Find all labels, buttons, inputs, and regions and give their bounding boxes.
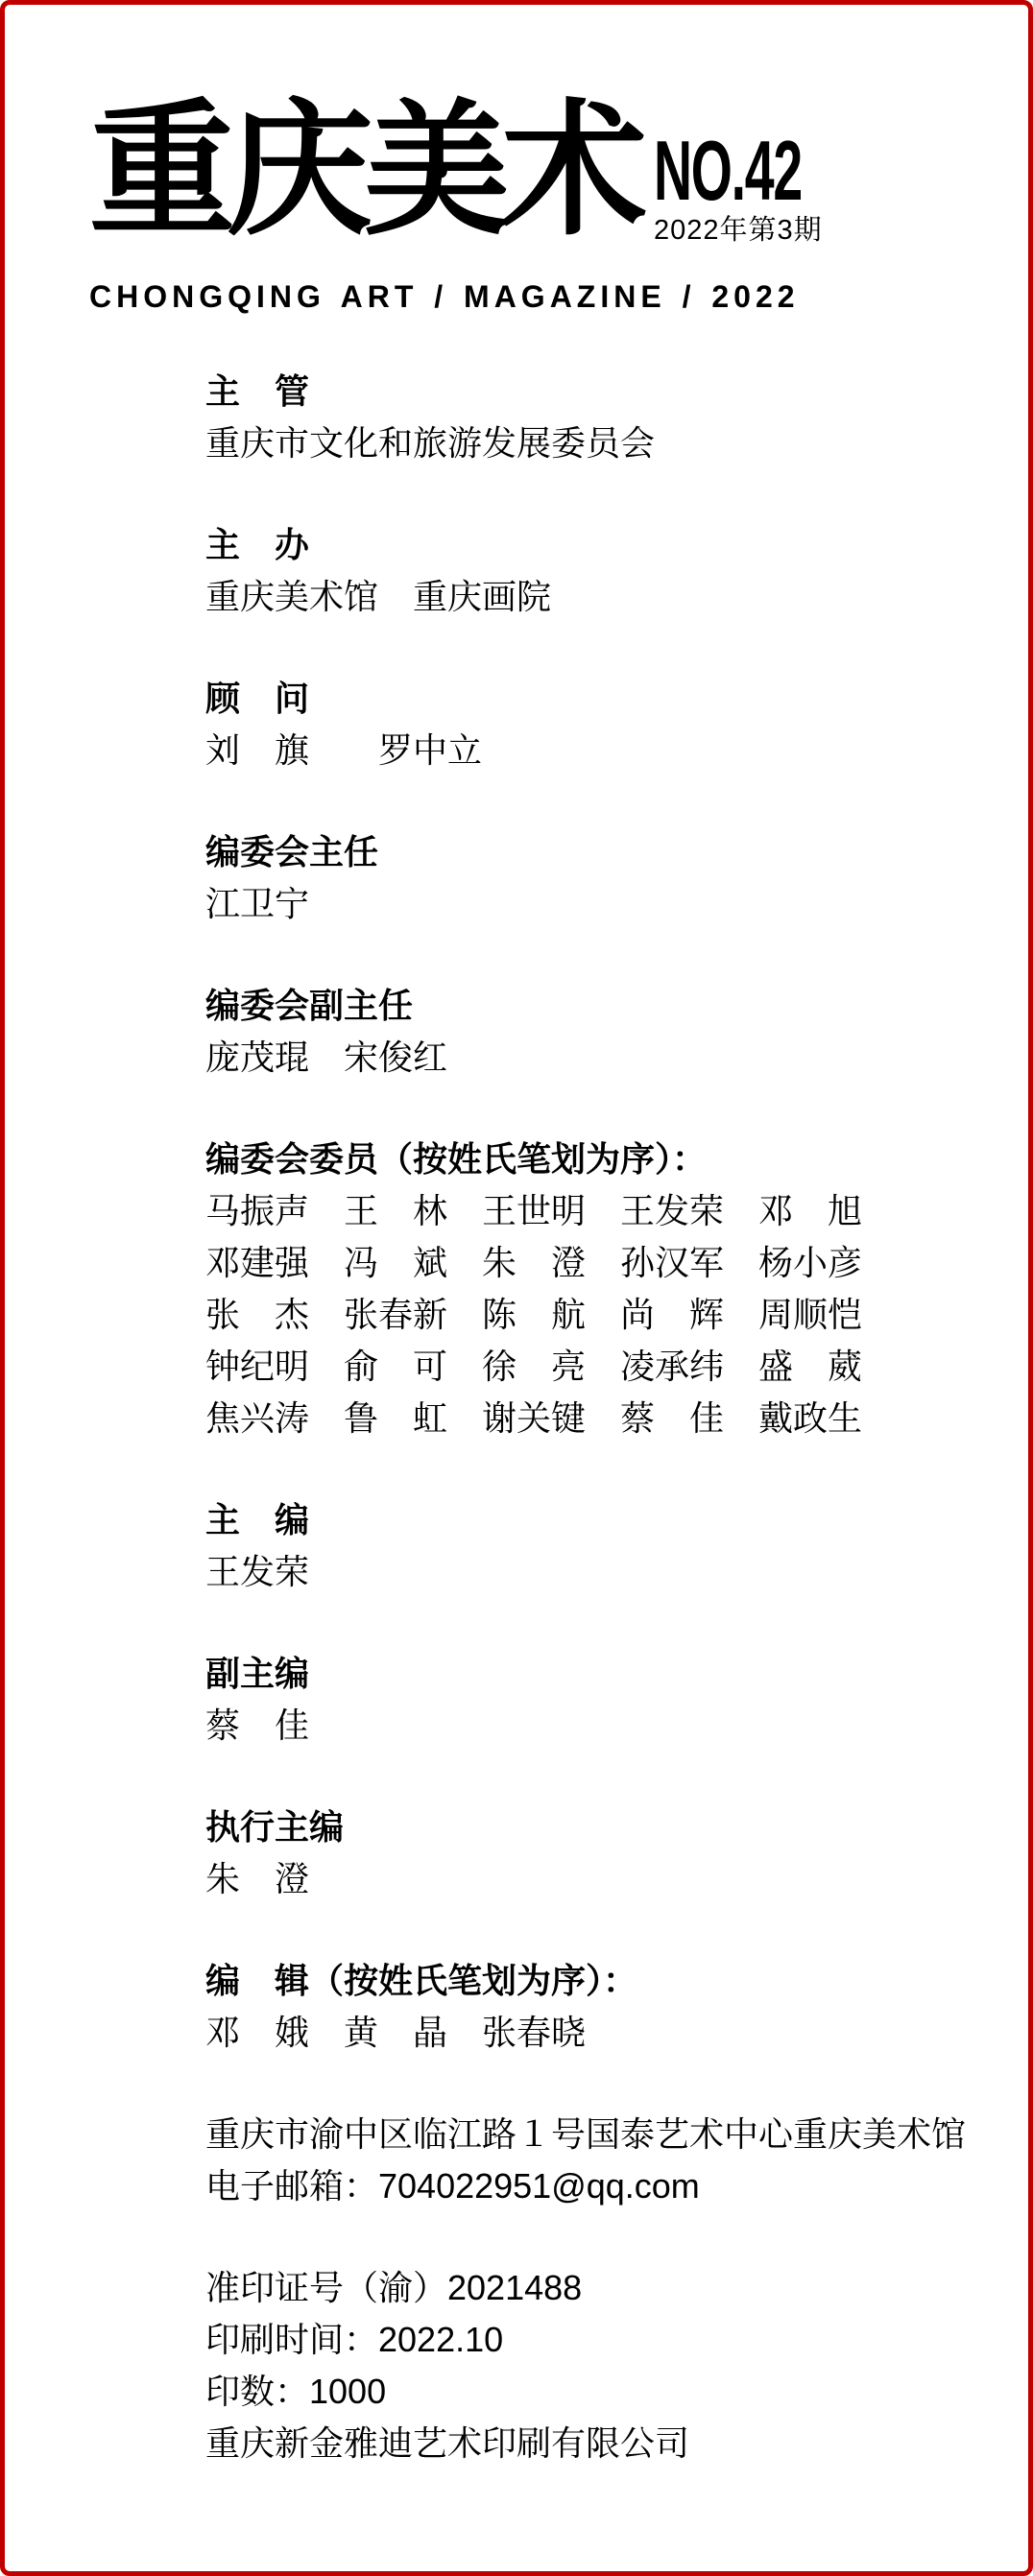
section-label: 顾 问 (205, 673, 1028, 725)
permit-number-line: 准印证号（渝）2021488 (205, 2262, 1028, 2314)
editor-names: 邓 娥 黄 晶 张春晓 (205, 2007, 1028, 2059)
section-label: 主 办 (205, 519, 1028, 571)
masthead-header: 重庆美术 NO.42 2022年第3期 CHONGQING ART / MAGA… (5, 5, 1028, 312)
supervisor-name: 重庆市文化和旅游发展委员会 (205, 417, 1028, 469)
section-supervisor: 主 管 重庆市文化和旅游发展委员会 (205, 366, 1028, 469)
issue-number: NO.42 (654, 137, 802, 204)
section-label: 编委会副主任 (205, 980, 1028, 1032)
section-deputy-chief-editor: 副主编 蔡 佳 (205, 1648, 1028, 1752)
executive-editor-name: 朱 澄 (205, 1853, 1028, 1905)
section-organizer: 主 办 重庆美术馆 重庆画院 (205, 519, 1028, 623)
address-block: 重庆市渝中区临江路１号国泰艺术中心重庆美术馆 电子邮箱：704022951@qq… (205, 2109, 1028, 2212)
tagline: CHONGQING ART / MAGAZINE / 2022 (89, 281, 1028, 312)
deputy-chief-editor-name: 蔡 佳 (205, 1700, 1028, 1752)
organizer-names: 重庆美术馆 重庆画院 (205, 571, 1028, 623)
section-executive-editor: 执行主编 朱 澄 (205, 1801, 1028, 1905)
section-label: 副主编 (205, 1648, 1028, 1700)
committee-row: 张 杰 张春新 陈 航 尚 辉 周顺恺 (205, 1289, 1028, 1341)
section-advisors: 顾 问 刘 旗 罗中立 (205, 673, 1028, 776)
committee-row: 焦兴涛 鲁 虹 谢关键 蔡 佳 戴政生 (205, 1393, 1028, 1444)
logo-row: 重庆美术 NO.42 2022年第3期 (89, 83, 1028, 249)
committee-deputy-director-names: 庞茂琨 宋俊红 (205, 1032, 1028, 1084)
print-date-line: 印刷时间：2022.10 (205, 2314, 1028, 2366)
address-line: 重庆市渝中区临江路１号国泰艺术中心重庆美术馆 (205, 2109, 1028, 2160)
print-run-line: 印数：1000 (205, 2366, 1028, 2418)
section-label: 主 管 (205, 366, 1028, 417)
section-chief-editor: 主 编 王发荣 (205, 1494, 1028, 1598)
chief-editor-name: 王发荣 (205, 1546, 1028, 1598)
section-label: 执行主编 (205, 1801, 1028, 1853)
issue-block: NO.42 2022年第3期 (654, 137, 888, 249)
advisor-names: 刘 旗 罗中立 (205, 725, 1028, 776)
committee-row: 邓建强 冯 斌 朱 澄 孙汉军 杨小彦 (205, 1237, 1028, 1289)
email-line: 电子邮箱：704022951@qq.com (205, 2160, 1028, 2212)
section-editors: 编 辑（按姓氏笔划为序）： 邓 娥 黄 晶 张春晓 (205, 1955, 1028, 2059)
magazine-title: 重庆美术 (89, 91, 638, 249)
section-committee-members: 编委会委员（按姓氏笔划为序）： 马振声 王 林 王世明 王发荣 邓 旭 邓建强 … (205, 1133, 1028, 1444)
section-committee-director: 编委会主任 江卫宁 (205, 826, 1028, 930)
section-label: 编委会委员（按姓氏笔划为序）： (205, 1133, 1028, 1185)
committee-director-name: 江卫宁 (205, 878, 1028, 930)
printer-name-line: 重庆新金雅迪艺术印刷有限公司 (205, 2418, 1028, 2469)
masthead-body: 主 管 重庆市文化和旅游发展委员会 主 办 重庆美术馆 重庆画院 顾 问 刘 旗… (5, 366, 1028, 2469)
print-info-block: 准印证号（渝）2021488 印刷时间：2022.10 印数：1000 重庆新金… (205, 2262, 1028, 2469)
section-label: 编委会主任 (205, 826, 1028, 878)
committee-row: 马振声 王 林 王世明 王发荣 邓 旭 (205, 1185, 1028, 1237)
magazine-colophon-page: 重庆美术 NO.42 2022年第3期 CHONGQING ART / MAGA… (0, 0, 1033, 2576)
section-committee-deputy-director: 编委会副主任 庞茂琨 宋俊红 (205, 980, 1028, 1084)
committee-row: 钟纪明 俞 可 徐 亮 凌承纬 盛 葳 (205, 1341, 1028, 1393)
section-label: 主 编 (205, 1494, 1028, 1546)
issue-date: 2022年第3期 (654, 217, 888, 245)
section-label: 编 辑（按姓氏笔划为序）： (205, 1955, 1028, 2007)
